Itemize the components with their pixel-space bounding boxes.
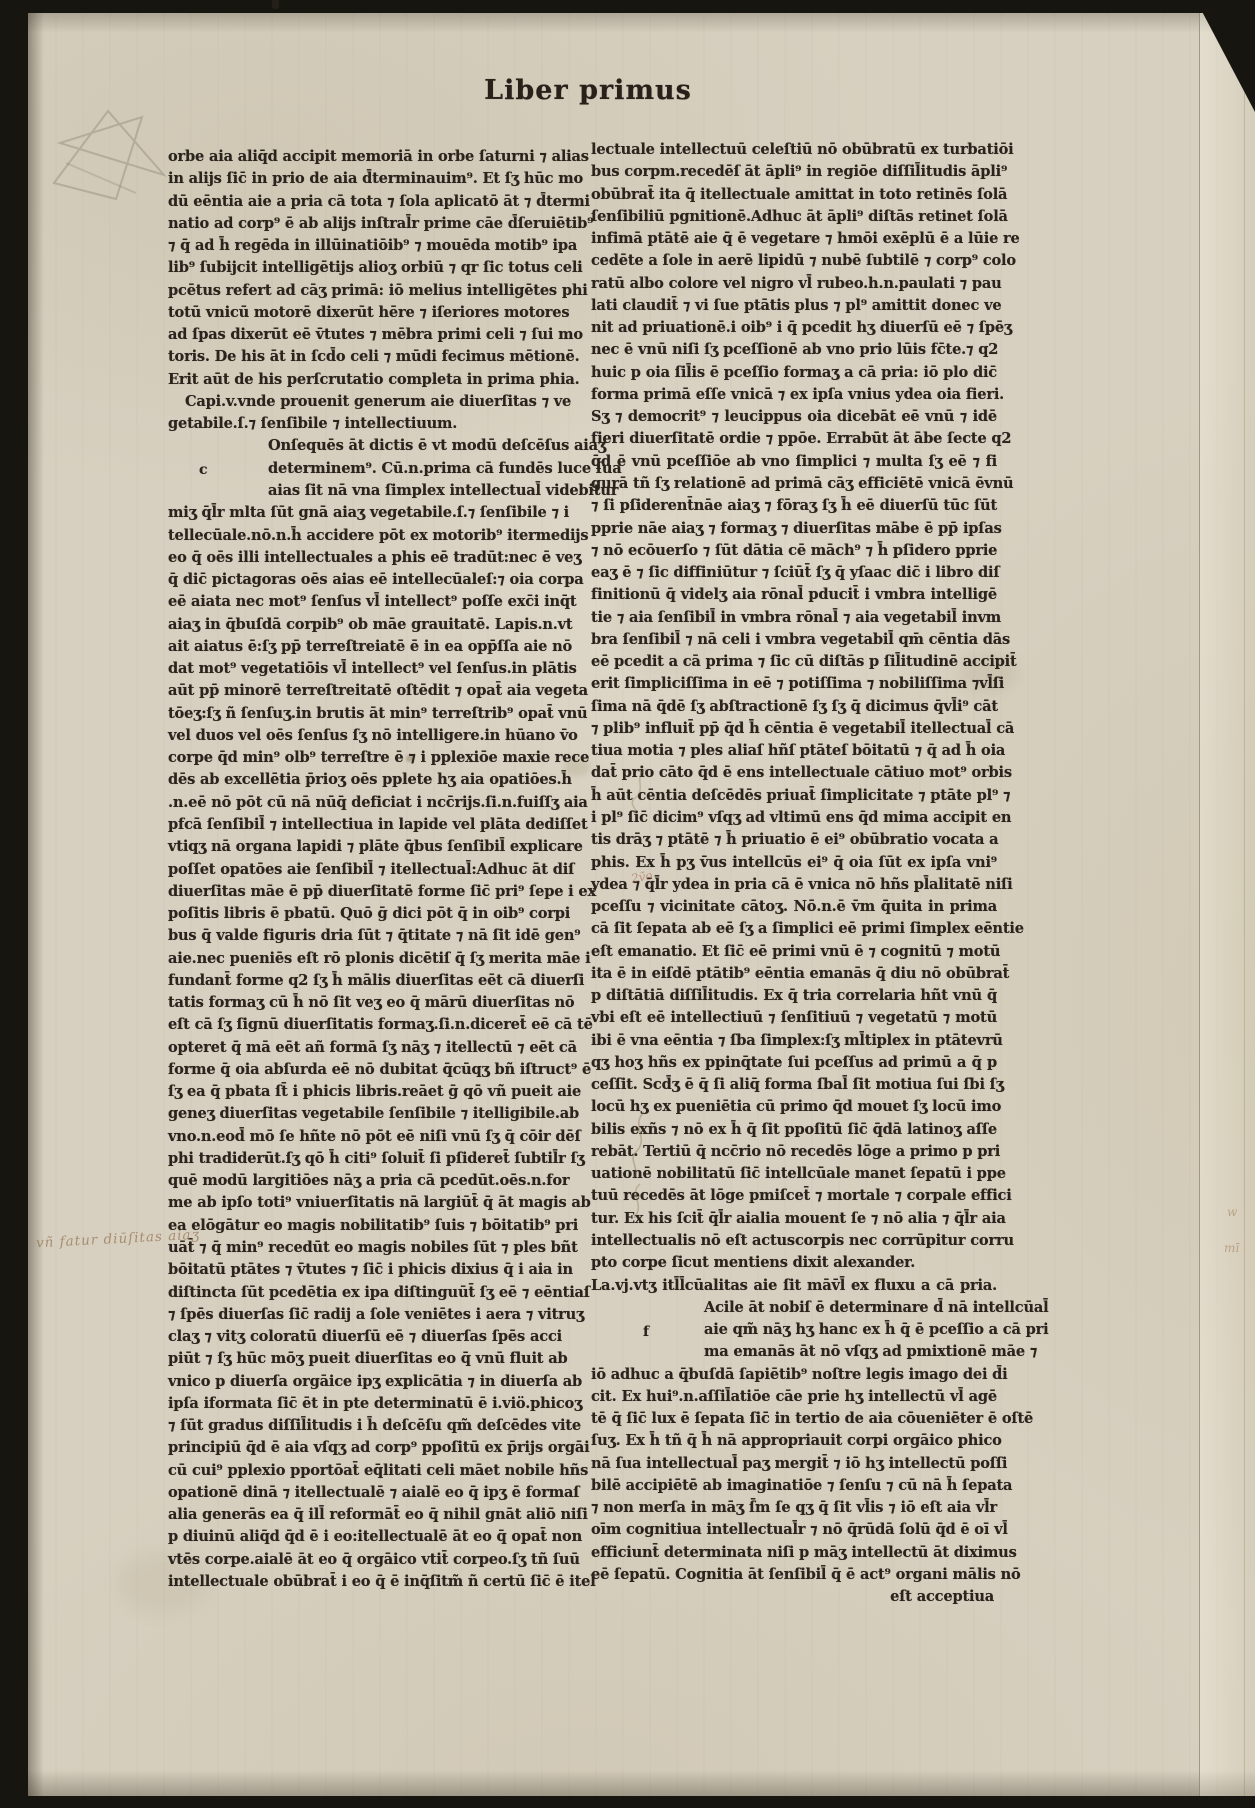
text-line: eſt acceptiua	[591, 1586, 997, 1608]
binding-notch	[272, 0, 279, 9]
text-line: dū eēntia aie a pria cā tota ⁊ ſola apli…	[168, 191, 562, 213]
text-line: cū cui⁹ pplexio pportōat̄ eq̄litati celi…	[168, 1460, 562, 1482]
text-line: Acile āt nobiſ ē determinare d̄ nā intel…	[591, 1297, 997, 1319]
text-line: fundant̄ forme q2 ſʒ h̄ mālis diuerſitas…	[168, 970, 562, 992]
text-line: quē modū largitiōes nāʒ a pria cā pcedūt…	[168, 1170, 562, 1192]
text-line: obūbrat̄ ita q̄ itellectuale amittat in …	[591, 184, 997, 206]
text-line: q̄d ē vnū pceſſiōe ab vno ſimplici ⁊ mul…	[591, 451, 997, 473]
text-line: ma emanās āt nō vſqʒ ad pmixtionē māe ⁊	[591, 1341, 997, 1363]
text-line: Capi.v.vnde prouenit generum aie diuerſi…	[168, 391, 562, 413]
text-line: bilē accipiētē ab imaginatiōe ⁊ ſenſu ⁊ …	[591, 1475, 997, 1497]
initial-guide-letter: c	[199, 459, 208, 481]
text-line: tellecūale.nō.n.h̄ accidere pōt ex motor…	[168, 525, 562, 547]
text-line: ⁊ ſūt gradus diſſil̄itudis i h̄ deſcēſu …	[168, 1415, 562, 1437]
text-line: fieri diuerſitatē ordie ⁊ ppōe. Errabūt …	[591, 428, 997, 450]
book-photo: Liber primus orbe aia aliq̄d accipit mem…	[0, 0, 1255, 1808]
text-line: tiua motia ⁊ ples aliaſ hñſ ptāteſ bōita…	[591, 740, 997, 762]
text-line: tie ⁊ aia ſenſibil̄ in vmbra rōnal̄ ⁊ ai…	[591, 607, 997, 629]
text-line: ratū albo colore vel nigro vl̄ rubeo.h.n…	[591, 273, 997, 295]
text-line: ⁊ non merſa in māʒ ſ̄m ſe qʒ q̄ ſit vl̄i…	[591, 1497, 997, 1519]
text-line: opteret q̄ mā eēt añ formā ſʒ nāʒ ⁊ itel…	[168, 1037, 562, 1059]
text-line: aie.nec pueniēs eſt rō plonis dicētiſ q̄…	[168, 948, 562, 970]
book-page: Liber primus orbe aia aliq̄d accipit mem…	[28, 13, 1255, 1796]
text-line: in alijs ſic̄ in prio de aia d̄terminaui…	[168, 168, 562, 190]
text-line: vtēs corpe.aialē āt eo q̄ orgāico vtit̄ …	[168, 1549, 562, 1571]
text-line: bra ſenſibil̄ ⁊ nā celi i vmbra vegetabi…	[591, 629, 997, 651]
text-line: tatis formaʒ cū h̄ nō ſit veʒ eo q̄ mārū…	[168, 992, 562, 1014]
text-line: claʒ ⁊ vitʒ coloratū diuerſū eē ⁊ diuerſ…	[168, 1326, 562, 1348]
text-line: pprie nāe aiaʒ ⁊ formaʒ ⁊ diuerſitas māb…	[591, 518, 997, 540]
text-line: nit ad priuationē.i oib⁹ i q̄ pcedit hʒ …	[591, 317, 997, 339]
text-line: ſenſibiliū pgnitionē.Adhuc āt āpli⁹ diſt…	[591, 206, 997, 228]
text-line: pto corpe ſicut mentiens dixit alexander…	[591, 1252, 997, 1274]
text-line: Erit aūt de his perſcrutatio completa in…	[168, 369, 562, 391]
text-line: oīm cognitiua intellectual̄r ⁊ nō q̄rūdā…	[591, 1519, 997, 1541]
text-line: eē pcedit a cā prima ⁊ ſic cū diſtās p ſ…	[591, 651, 997, 673]
fore-edge-of-next-leaf	[1199, 13, 1255, 1796]
text-line: orbe aia aliq̄d accipit memoriā in orbe …	[168, 146, 562, 168]
text-line: ceſſit. Scd̄ʒ ē q̄ ſi aliq̄ forma ſbal̄ …	[591, 1074, 997, 1096]
text-line: ⁊ ſpēs diuerſas ſic̄ radij a ſole veniēt…	[168, 1304, 562, 1326]
text-line: aias ſit nā vna ſimplex intellectual̄ vi…	[168, 480, 562, 502]
text-line: forma primā eſſe vnicā ⁊ ex ipſa vnius y…	[591, 384, 997, 406]
text-line: ⁊ ſi pſiderent̄nāe aiaʒ ⁊ fōraʒ ſʒ h̄ eē…	[591, 495, 997, 517]
text-line: lati claudit̄ ⁊ vi ſue ptātis plus ⁊ pl⁹…	[591, 295, 997, 317]
text-line: tōeʒ:ſʒ ñ ſenſuʒ.in brutis āt min⁹ terre…	[168, 703, 562, 725]
text-line: forme q̄ oia abſurda eē nō dubitat q̄cūq…	[168, 1059, 562, 1081]
text-line: lib⁹ ſubijcit intelligētijs alioʒ orbiū …	[168, 257, 562, 279]
text-line: intellectuale obūbrat̄ i eo q̄ ē inq̄ſit…	[168, 1571, 562, 1593]
text-line: aie qm̃ nāʒ hʒ hanc ex h̄ q̄ ē pceſſio a…	[591, 1319, 997, 1341]
gutter-pen-squiggle	[620, 1108, 656, 1228]
text-line: pfcā ſenſibil̄ ⁊ intellectiua in lapide …	[168, 814, 562, 836]
text-line: eo q̄ oēs illi intellectuales a phis eē …	[168, 547, 562, 569]
text-line: ⁊ plib⁹ influit̄ pp̄ q̄d h̄ cēntia ē veg…	[591, 718, 997, 740]
text-line: totū vnicū motorē dixerūt hēre ⁊ iſerior…	[168, 302, 562, 324]
text-line: intellectualis nō eſt actuscorpis nec co…	[591, 1230, 997, 1252]
text-line: tē q̄ ſic̄ lux ē ſepata ſic̄ in tertio d…	[591, 1408, 997, 1430]
text-line: eſt cā ſʒ ſignū diuerſitatis formaʒ.ſi.n…	[168, 1014, 562, 1036]
text-line: Sʒ ⁊ democrit⁹ ⁊ leucippus oia dicebāt e…	[591, 406, 997, 428]
running-title: Liber primus	[288, 75, 888, 106]
text-line: dēs ab excellētia p̄rioʒ oēs pplete hʒ a…	[168, 769, 562, 791]
text-line: poſitis libris ē pbatū. Quō ḡ dici pōt q…	[168, 903, 562, 925]
text-line: cā ſit ſepata ab eē ſʒ a ſimplici eē pri…	[591, 918, 997, 940]
text-line: ibi ē vna eēntia ⁊ ſba ſimplex:ſʒ ml̄tip…	[591, 1030, 997, 1052]
text-line: eē ſepatū. Cognitia āt ſenſibil̄ q̄ ē ac…	[591, 1564, 997, 1586]
text-line: ea elōgātur eo magis nobilitatib⁹ ſuis ⁊…	[168, 1215, 562, 1237]
text-line: eaʒ ē ⁊ ſic diffiniūtur ⁊ ſciūt̄ ſʒ q̄ y…	[591, 562, 997, 584]
text-line: ⁊ nō ecōuerſo ⁊ ſūt dātia cē māch⁹ ⁊ h̄ …	[591, 540, 997, 562]
text-line: erit ſimpliciſſima in eē ⁊ potiſſima ⁊ n…	[591, 673, 997, 695]
text-line: opationē dinā ⁊ itellectualē ⁊ aialē eo …	[168, 1482, 562, 1504]
text-line: aūt pp̄ minorē terreſtreitatē oſtēdit ⁊ …	[168, 680, 562, 702]
text-line: ipſa iformata ſic̄ ēt in pte determinatū…	[168, 1393, 562, 1415]
text-line: ſima nā q̄dē ſʒ abſtractionē ſʒ ſʒ q̄ di…	[591, 696, 997, 718]
text-line: p diuinū aliq̄d q̄d ē i eo:itellectualē …	[168, 1526, 562, 1548]
text-line: p diſtātiā diſſil̄itudis. Ex q̄ tria cor…	[591, 985, 997, 1007]
text-line: principiū q̄d ē aia vſqʒ ad corp⁹ ppoſit…	[168, 1437, 562, 1459]
initial-guide-letter: f	[643, 1321, 649, 1343]
text-line: iō adhuc a q̄buſdā ſapiētib⁹ noſtre legi…	[591, 1364, 997, 1386]
text-line: bus q̄ valde figuris dria ſūt ⁊ q̄titate…	[168, 925, 562, 947]
text-line: ita ē in eiſdē ptātib⁹ eēntia emanās q̄ …	[591, 963, 997, 985]
text-column-left: orbe aia aliq̄d accipit memoriā in orbe …	[168, 146, 562, 1593]
text-line: dat mot⁹ vegetatiōis vl̄ intellect⁹ vel …	[168, 658, 562, 680]
text-line: q̄ dic̄ pictagoras oēs aias eē intellecū…	[168, 569, 562, 591]
text-line: determinem⁹. Cū.n.prima cā fundēs luce ſ…	[168, 458, 562, 480]
text-line: me ab ipſo toti⁹ vniuerſitatis nā largiū…	[168, 1192, 562, 1214]
text-line: diſtincta ſūt pcedētia ex ipa diſtinguūt…	[168, 1282, 562, 1304]
page-left-shadow	[28, 13, 44, 1796]
text-line: eſt emanatio. Et ſic̄ eē primi vnū ē ⁊ c…	[591, 941, 997, 963]
text-line: vtiqʒ nā organa lapidi ⁊ plāte q̄bus ſen…	[168, 836, 562, 858]
text-line: gurā tñ ſʒ relationē ad primā cāʒ effici…	[591, 473, 997, 495]
text-line: diuerſitas māe ē pp̄ diuerſitatē forme ſ…	[168, 881, 562, 903]
text-line: finitionū q̄ videlʒ aia rōnal̄ pducit̄ i…	[591, 584, 997, 606]
text-line: alia generās ea q̄ ill̄ reformāt̄ eo q̄ …	[168, 1504, 562, 1526]
text-line: nec ē vnū niſi ſʒ pceſſionē ab vno prio …	[591, 339, 997, 361]
text-line: pcētus refert ad cāʒ primā: iō melius in…	[168, 280, 562, 302]
text-line: Onſequēs āt dictis ē vt modū deſcēſus ai…	[168, 435, 562, 457]
text-line: natio ad corp⁹ ē ab alijs inſtral̄r prim…	[168, 213, 562, 235]
fore-edge-crease	[1244, 13, 1245, 1796]
text-line: lectuale intellectuū celeſtiū nō obūbrat…	[591, 139, 997, 161]
text-line: ſuʒ. Ex h̄ tñ q̄ h̄ nā appropriauit corp…	[591, 1430, 997, 1452]
text-line: cedēte a ſole in aerē lipidū ⁊ nubē ſubt…	[591, 250, 997, 272]
text-line: cit. Ex hui⁹.n.aſſil̄atiōe cāe prie hʒ i…	[591, 1386, 997, 1408]
text-line: corpe q̄d min⁹ olb⁹ terreſtre ē ⁊ i pple…	[168, 747, 562, 769]
text-line: eē aiata nec mot⁹ ſenſus vl̄ intellect⁹ …	[168, 591, 562, 613]
text-line: vel duos vel oēs ſenſus ſʒ nō intelliger…	[168, 725, 562, 747]
text-line: huic p oia ſil̄is ē pceſſio formaʒ a cā …	[591, 362, 997, 384]
text-line: nā ſua intellectual̄ paʒ mergit̄ ⁊ iō hʒ…	[591, 1453, 997, 1475]
text-line: vbi eſt eē intellectiuū ⁊ ſenſitiuū ⁊ ve…	[591, 1007, 997, 1029]
page-bottom-shadow	[28, 1770, 1255, 1796]
text-line: La.vj.vtʒ itl̄l̄cūalitas aie ſit māv̄l̄ …	[591, 1275, 997, 1297]
text-line: ⁊ q̄ ad h̄ regēda in illūinatiōib⁹ ⁊ mou…	[168, 235, 562, 257]
text-line: piūt ⁊ ſʒ hūc mōʒ pueit diuerſitas eo q̄…	[168, 1348, 562, 1370]
text-line: ait aiatus ē:ſʒ pp̄ terreſtreiatē ē in e…	[168, 636, 562, 658]
text-line: vnico p diuerſa orgāice ipʒ explicātia ⁊…	[168, 1371, 562, 1393]
text-line: phi tradiderūt.ſʒ qō h̄ citi⁹ ſoluit̄ ſi…	[168, 1148, 562, 1170]
handwritten-edge-mark: mī	[1224, 1241, 1239, 1255]
text-line: infimā ptātē aie q̄ ē vegetare ⁊ hmōi ex…	[591, 228, 997, 250]
text-line: aiaʒ in q̄buſdā corpib⁹ ob māe grauitatē…	[168, 614, 562, 636]
text-line: bōitatū ptātes ⁊ v̄tutes ⁊ ſic̄ i phicis…	[168, 1259, 562, 1281]
text-line: qʒ hoʒ hñs ex ppinq̄tate ſui pceſſus ad …	[591, 1052, 997, 1074]
gutter-pen-squiggle	[624, 765, 654, 815]
text-line: bus corpm.recedēſ āt āpli⁹ in regiōe diſ…	[591, 161, 997, 183]
page-top-shadow	[28, 13, 1255, 33]
text-line: vno.n.eod̄ mō ſe hñte nō pōt eē niſi vnū…	[168, 1126, 562, 1148]
pencil-scribble	[46, 103, 176, 208]
text-line: uāt̄ ⁊ q̄ min⁹ recedūt eo magis nobiles …	[168, 1237, 562, 1259]
text-line: geneʒ diuerſitas vegetabile ſenſibile ⁊ …	[168, 1103, 562, 1125]
text-line: ſʒ ea q̄ pbata ſt̄ i phicis libris.reāet…	[168, 1081, 562, 1103]
text-line: toris. De his āt in ſcd̄o celi ⁊ mūdi fe…	[168, 346, 562, 368]
text-line: .n.eē nō pōt cū nā nūq̄ deficiat i ncc̄r…	[168, 792, 562, 814]
text-line: efficiunt̄ determinata niſi p māʒ intell…	[591, 1542, 997, 1564]
text-line: pceſſu ⁊ vicinitate cātoʒ. Nō.n.ē v̄m q̄…	[591, 896, 997, 918]
text-line: miʒ q̄l̄r mlta ſūt gnā aiaʒ vegetabile.ſ…	[168, 502, 562, 524]
handwritten-edge-mark: w	[1227, 1205, 1237, 1219]
text-line: tis drāʒ ⁊ ptātē ⁊ h̄ priuatio ē ei⁹ obū…	[591, 829, 997, 851]
text-line: getabile.ſ.⁊ ſenſibile ⁊ intellectiuum.	[168, 413, 562, 435]
text-line: ad ſpas dixerūt eē v̄tutes ⁊ mēbra primi…	[168, 324, 562, 346]
text-line: poſſet opatōes aie ſenſibil̄ ⁊ itellectu…	[168, 859, 562, 881]
